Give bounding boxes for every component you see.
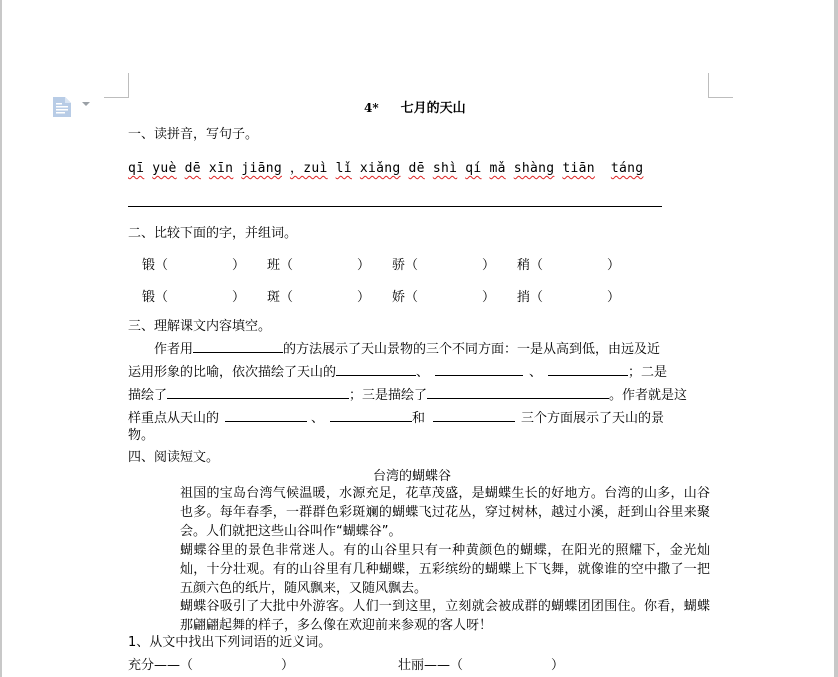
pinyin-word: tiān [562, 161, 595, 176]
word-char: 锻（ [142, 258, 168, 273]
paren-close: ） [232, 258, 245, 273]
word-char: 捎（ [517, 290, 543, 305]
text: 、 [311, 411, 324, 426]
word-char: 锻（ [142, 290, 168, 305]
text: 和 [412, 411, 425, 426]
lesson-title: 七月的天山 [401, 101, 466, 116]
word-char: 骄（ [392, 258, 418, 273]
fill-blank[interactable] [167, 384, 349, 399]
paren-close: ） [551, 658, 564, 673]
word-char: 娇（ [392, 290, 418, 305]
text: ；三是描绘了 [349, 388, 427, 403]
text: 。作者就是这 [609, 388, 687, 403]
text: ；二是 [628, 365, 667, 380]
fill-blank[interactable] [330, 407, 412, 422]
synonym-item-1: 充分——（） [128, 654, 294, 677]
pinyin-word: ，zuì [290, 161, 328, 176]
text: 、 [416, 365, 429, 380]
compare-row-1: 锻（） 班（） 骄（） 稍（） [142, 254, 642, 277]
fill-line-4: 样重点从天山的、和三个方面展示了天山的景 [128, 407, 664, 430]
pinyin-word: shì [433, 161, 457, 176]
word-char: 班（ [267, 258, 293, 273]
fill-line-5: 物。 [128, 424, 154, 447]
text: 三个方面展示了天山的景 [521, 411, 664, 426]
lesson-number: 4* [364, 101, 379, 115]
compare-row-2: 锻（） 斑（） 娇（） 捎（） [142, 286, 642, 309]
section2-heading: 二、比较下面的字，并组词。 [128, 222, 297, 245]
word-char: 斑（ [267, 290, 293, 305]
vertical-scrollbar[interactable] [834, 0, 838, 677]
fill-blank[interactable] [548, 361, 628, 376]
paren-close: ） [357, 290, 370, 305]
pinyin-word: lǐ [336, 161, 352, 176]
window-left-edge [0, 0, 2, 677]
synonym-item-2: 壮丽——（） [398, 654, 564, 677]
pinyin-word: jiāng [241, 161, 282, 176]
section3-heading: 三、理解课文内容填空。 [128, 315, 271, 338]
section1-heading: 一、读拼音，写句子。 [128, 123, 258, 146]
word-char: 稍（ [517, 258, 543, 273]
passage-paragraph: 蝴蝶谷吸引了大批中外游客。人们一到这里，立刻就会被成群的蝴蝶团团围住。你看，蝴蝶… [128, 597, 710, 635]
margin-corner-top-left [104, 73, 129, 98]
pinyin-line: qīyuèdēxīnjiāng，zuìlǐxiǎngdēshìqímǎshàng… [128, 157, 651, 180]
paren-close: ） [482, 290, 495, 305]
synonym-label: 壮丽——（ [398, 658, 463, 673]
text: 运用形象的比喻，依次描绘了天山的 [128, 365, 336, 380]
section4-heading: 四、阅读短文。 [128, 446, 219, 469]
fill-blank[interactable] [433, 407, 515, 422]
passage-paragraph: 蝴蝶谷里的景色非常迷人。有的山谷里只有一种黄颜色的蝴蝶，在阳光的照耀下，金光灿灿… [128, 541, 710, 598]
document-paste-options-icon[interactable] [53, 97, 72, 117]
fill-blank[interactable] [435, 361, 523, 376]
pinyin-word: dē [185, 161, 201, 176]
paren-close: ） [607, 258, 620, 273]
pinyin-word: yuè [152, 161, 176, 176]
paren-close: ） [232, 290, 245, 305]
pinyin-word: qī [128, 161, 144, 176]
pinyin-word: xīn [209, 161, 233, 176]
synonym-label: 充分——（ [128, 658, 193, 673]
fill-blank[interactable] [193, 338, 283, 353]
pinyin-word: dē [409, 161, 425, 176]
paren-close: ） [482, 258, 495, 273]
paren-close: ） [357, 258, 370, 273]
chevron-down-icon[interactable] [82, 102, 90, 106]
fill-line-1: 作者用的方法展示了天山景物的三个不同方面：一是从高到低，由远及近 [154, 338, 660, 361]
text: 作者用 [154, 342, 193, 357]
fill-blank[interactable] [336, 361, 416, 376]
sentence-answer-line[interactable] [128, 206, 662, 207]
text: 、 [529, 365, 542, 380]
pinyin-word: táng [611, 161, 644, 176]
pinyin-word: xiǎng [360, 161, 401, 176]
fill-blank[interactable] [225, 407, 307, 422]
paren-close: ） [281, 658, 294, 673]
pinyin-word: qí [465, 161, 481, 176]
question-1-prompt: 1、从文中找出下列词语的近义词。 [128, 631, 331, 654]
text: 的方法展示了天山景物的三个不同方面：一是从高到低，由远及近 [283, 342, 660, 357]
margin-corner-top-right [708, 73, 733, 98]
fill-blank[interactable] [427, 384, 609, 399]
pinyin-word: shàng [514, 161, 555, 176]
pinyin-word: mǎ [489, 161, 505, 176]
document-title: 4*七月的天山 [364, 97, 466, 120]
fill-line-3: 描绘了；三是描绘了。作者就是这 [128, 384, 687, 407]
text: 描绘了 [128, 388, 167, 403]
paren-close: ） [607, 290, 620, 305]
passage-paragraph: 祖国的宝岛台湾气候温暖，水源充足，花草茂盛，是蝴蝶生长的好地方。台湾的山多，山谷… [128, 484, 710, 541]
fill-line-2: 运用形象的比喻，依次描绘了天山的、、；二是 [128, 361, 667, 384]
